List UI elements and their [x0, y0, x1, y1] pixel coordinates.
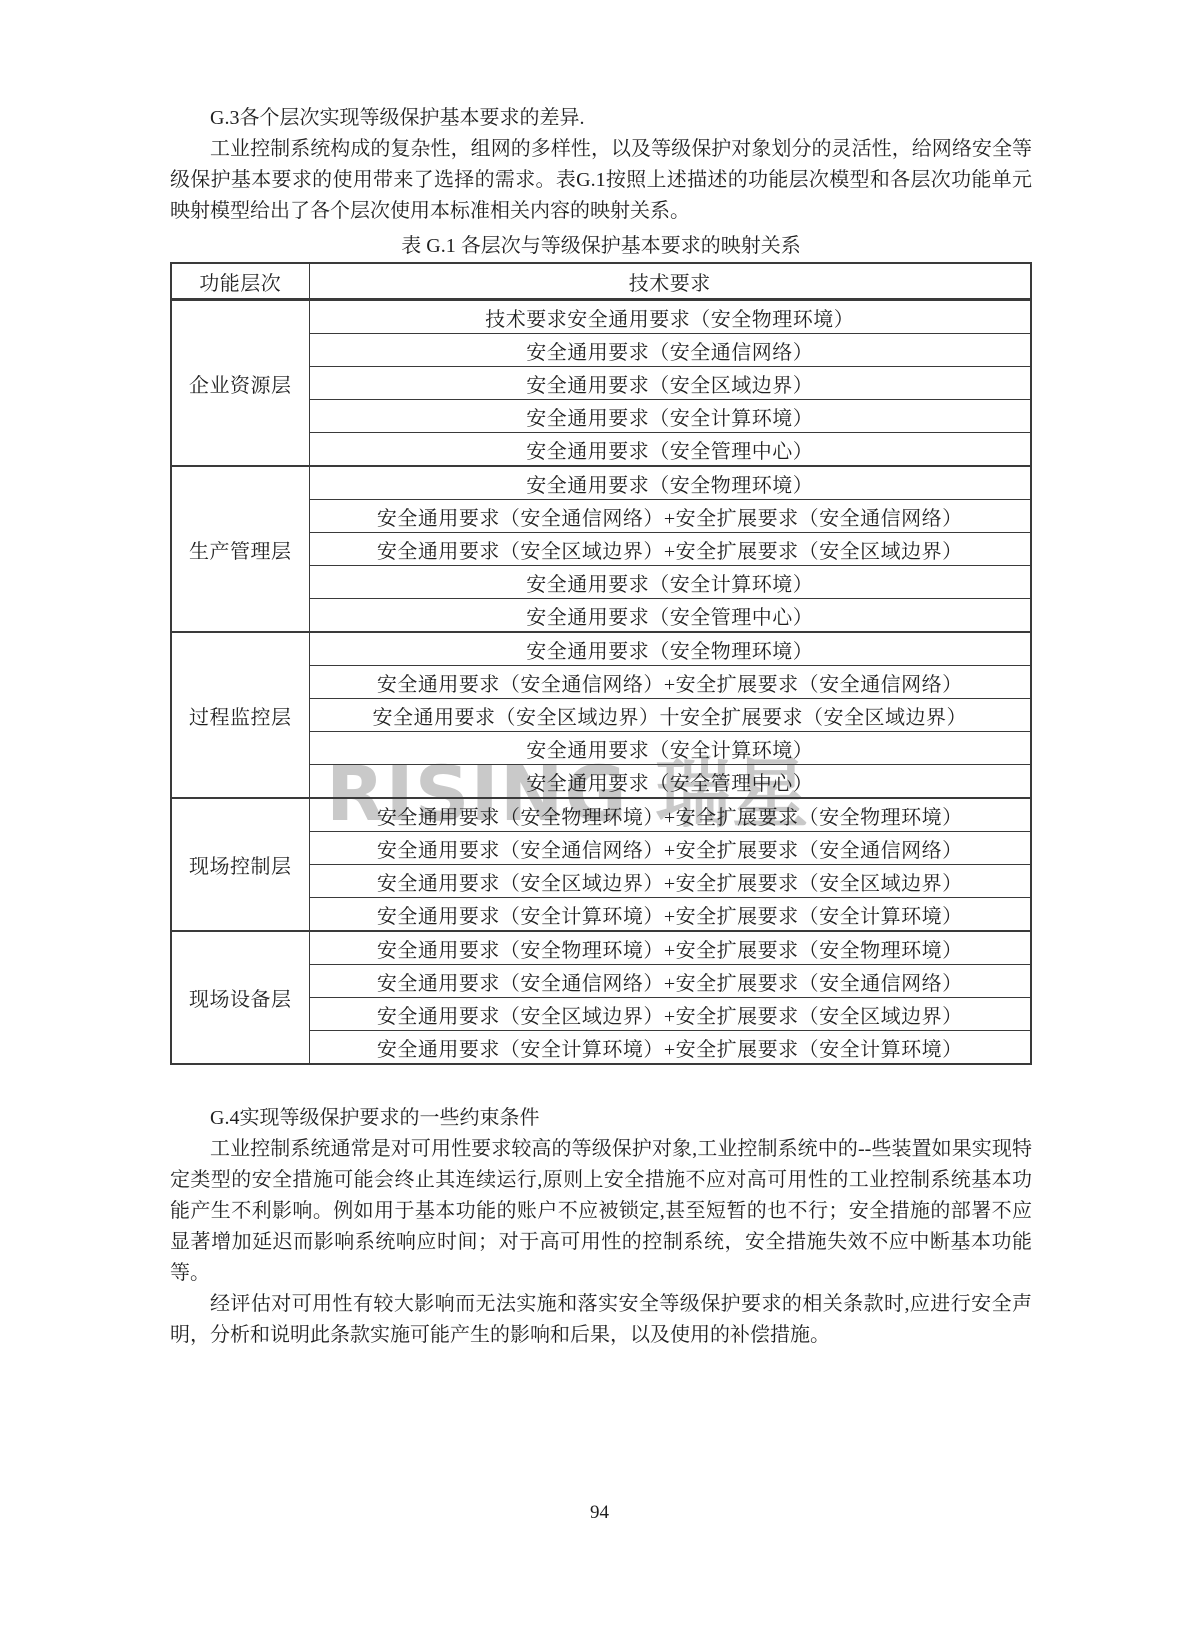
requirement-cell: 安全通用要求（安全区域边界）+安全扩展要求（安全区域边界） [309, 865, 1031, 898]
requirement-cell: 技术要求安全通用要求（安全物理环境） [309, 300, 1031, 334]
requirement-cell: 安全通用要求（安全物理环境） [309, 466, 1031, 500]
header-cell-requirement: 技术要求 [309, 263, 1031, 300]
layer-cell: 生产管理层 [171, 466, 309, 632]
requirement-cell: 安全通用要求（安全区域边界） [309, 367, 1031, 400]
requirement-cell: 安全通用要求（安全通信网络）+安全扩展要求（安全通信网络） [309, 832, 1031, 865]
requirement-cell: 安全通用要求（安全物理环境） [309, 632, 1031, 666]
table-row: 企业资源层技术要求安全通用要求（安全物理环境） [171, 300, 1031, 334]
section-g4-paragraph-1: 工业控制系统通常是对可用性要求较高的等级保护对象,工业控制系统中的--些装置如果… [170, 1134, 1032, 1289]
section-g4-heading: G.4实现等级保护要求的一些约束条件 [170, 1103, 1032, 1134]
requirement-cell: 安全通用要求（安全管理中心） [309, 433, 1031, 467]
requirement-cell: 安全通用要求（安全计算环境） [309, 400, 1031, 433]
mapping-table-body: 功能层次 技术要求 企业资源层技术要求安全通用要求（安全物理环境）安全通用要求（… [171, 263, 1031, 1064]
table-row: 过程监控层安全通用要求（安全物理环境） [171, 632, 1031, 666]
section-g4: G.4实现等级保护要求的一些约束条件 工业控制系统通常是对可用性要求较高的等级保… [170, 1103, 1032, 1351]
table-caption: 表 G.1 各层次与等级保护基本要求的映射关系 [170, 229, 1032, 258]
layer-cell: 过程监控层 [171, 632, 309, 798]
requirement-cell: 安全通用要求（安全通信网络） [309, 334, 1031, 367]
requirement-cell: 安全通用要求（安全物理环境）+安全扩展要求（安全物理环境） [309, 798, 1031, 832]
requirement-cell: 安全通用要求（安全计算环境）+安全扩展要求（安全计算环境） [309, 898, 1031, 932]
section-g4-paragraph-2: 经评估对可用性有较大影响而无法实施和落实安全等级保护要求的相关条款时,应进行安全… [170, 1289, 1032, 1351]
requirement-cell: 安全通用要求（安全管理中心） [309, 765, 1031, 799]
requirement-cell: 安全通用要求（安全区域边界）+安全扩展要求（安全区域边界） [309, 533, 1031, 566]
mapping-table: 功能层次 技术要求 企业资源层技术要求安全通用要求（安全物理环境）安全通用要求（… [170, 262, 1032, 1065]
requirement-cell: 安全通用要求（安全通信网络）+安全扩展要求（安全通信网络） [309, 500, 1031, 533]
requirement-cell: 安全通用要求（安全计算环境） [309, 732, 1031, 765]
table-row: 现场设备层安全通用要求（安全物理环境）+安全扩展要求（安全物理环境） [171, 931, 1031, 965]
table-row: 生产管理层安全通用要求（安全物理环境） [171, 466, 1031, 500]
document-page: G.3各个层次实现等级保护基本要求的差异. 工业控制系统构成的复杂性，组网的多样… [170, 103, 1032, 1351]
requirement-cell: 安全通用要求（安全物理环境）+安全扩展要求（安全物理环境） [309, 931, 1031, 965]
layer-cell: 现场控制层 [171, 798, 309, 931]
layer-cell: 现场设备层 [171, 931, 309, 1064]
header-cell-layer: 功能层次 [171, 263, 309, 300]
layer-cell: 企业资源层 [171, 300, 309, 467]
requirement-cell: 安全通用要求（安全通信网络）+安全扩展要求（安全通信网络） [309, 965, 1031, 998]
requirement-cell: 安全通用要求（安全管理中心） [309, 599, 1031, 633]
section-g3-paragraph: 工业控制系统构成的复杂性，组网的多样性，以及等级保护对象划分的灵活性，给网络安全… [170, 134, 1032, 227]
requirement-cell: 安全通用要求（安全通信网络）+安全扩展要求（安全通信网络） [309, 666, 1031, 699]
table-row: 现场控制层安全通用要求（安全物理环境）+安全扩展要求（安全物理环境） [171, 798, 1031, 832]
page-number: 94 [0, 1502, 1199, 1524]
requirement-cell: 安全通用要求（安全区域边界）十安全扩展要求（安全区域边界） [309, 699, 1031, 732]
table-header-row: 功能层次 技术要求 [171, 263, 1031, 300]
requirement-cell: 安全通用要求（安全计算环境） [309, 566, 1031, 599]
requirement-cell: 安全通用要求（安全区域边界）+安全扩展要求（安全区域边界） [309, 998, 1031, 1031]
requirement-cell: 安全通用要求（安全计算环境）+安全扩展要求（安全计算环境） [309, 1031, 1031, 1065]
section-g3-heading: G.3各个层次实现等级保护基本要求的差异. [170, 103, 1032, 134]
